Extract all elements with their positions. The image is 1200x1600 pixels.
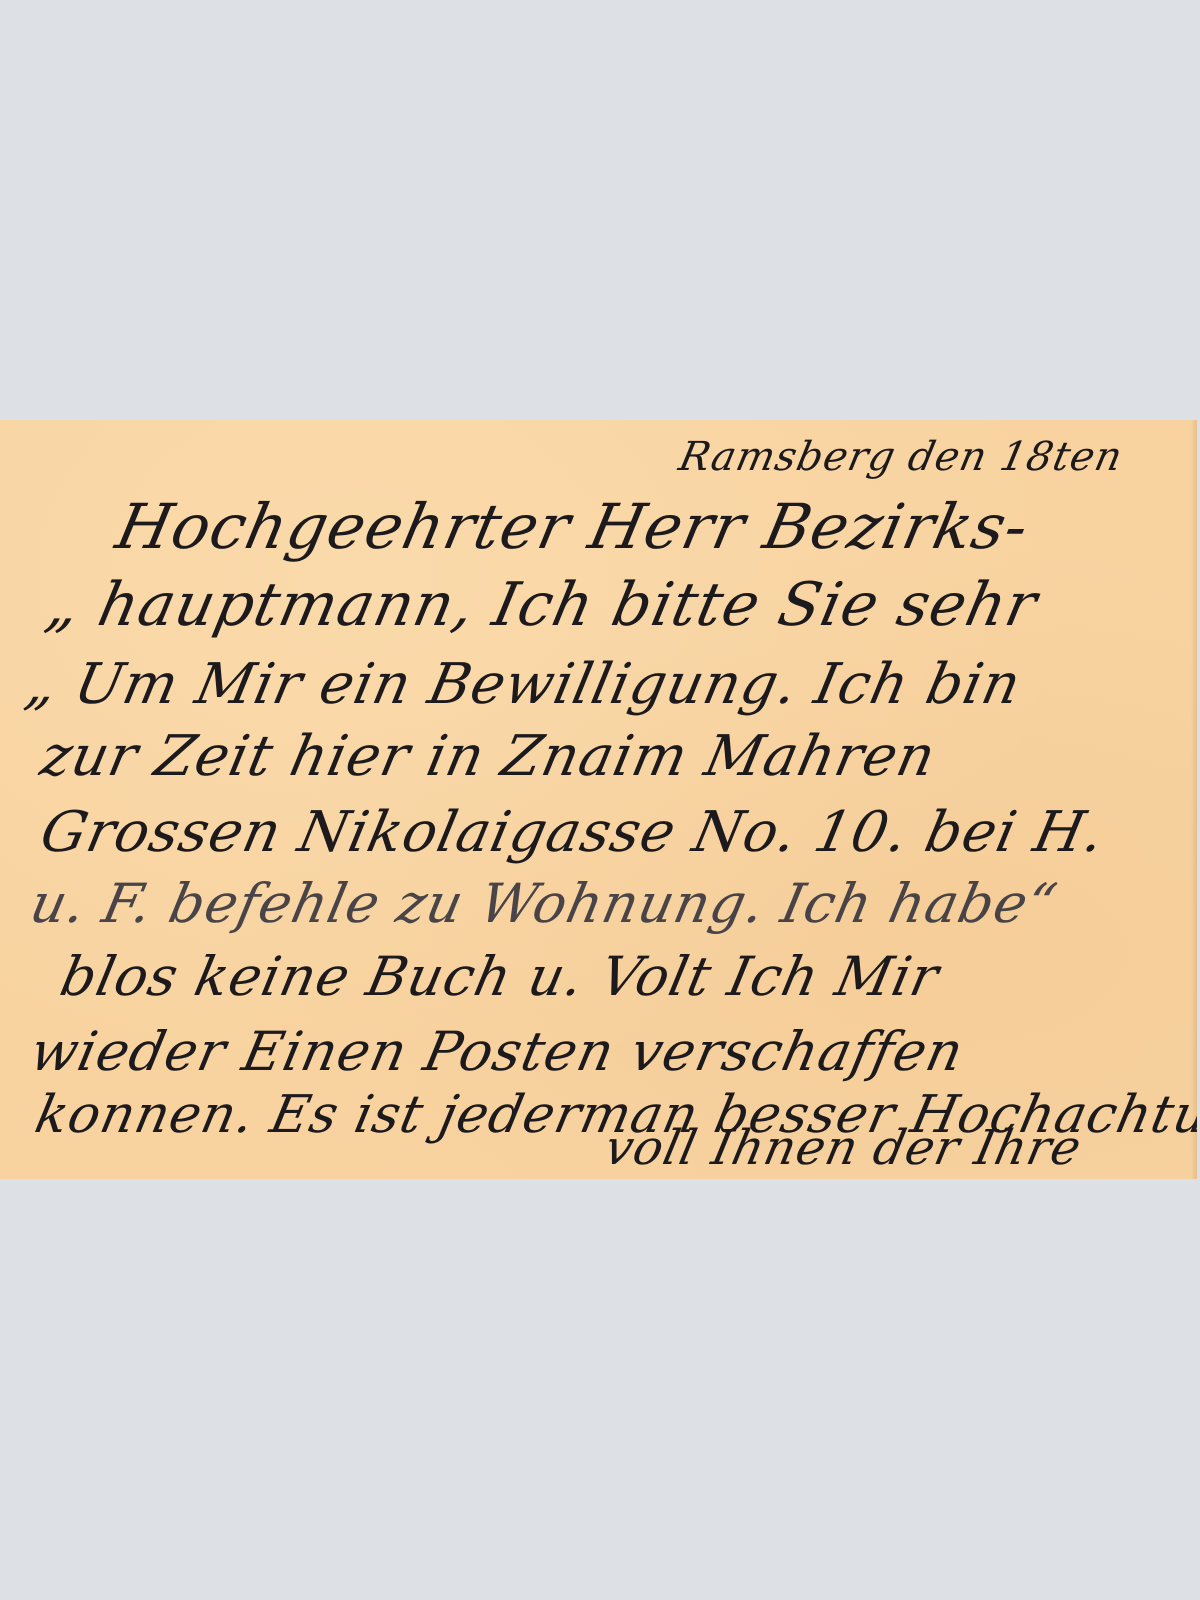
handwritten-line: wieder Einen Posten verschaffen [25,1020,970,1083]
handwritten-line: blos keine Buch u. Volt Ich Mir [55,945,945,1008]
handwritten-line: u. F. befehle zu Wohnung. Ich habe“ [25,872,1063,935]
handwritten-line: zur Zeit hier in Znaim Mahren [35,724,942,789]
handwritten-line: „ Um Mir ein Bewilligung. Ich bin [20,652,1027,717]
handwritten-line: Grossen Nikolaigasse No. 10. bei H. [35,800,1110,865]
handwritten-line-salutation: Hochgeehrter Herr Bezirks- [110,490,1036,563]
postcard-photo: Ramsberg den 18ten Hochgeehrter Herr Bez… [0,420,1197,1179]
handwritten-closing: voll Ihnen der Ihre [600,1120,1087,1176]
handwritten-dateline: Ramsberg den 18ten [675,434,1127,480]
handwritten-line: „ hauptmann, Ich bitte Sie sehr [40,570,1044,640]
